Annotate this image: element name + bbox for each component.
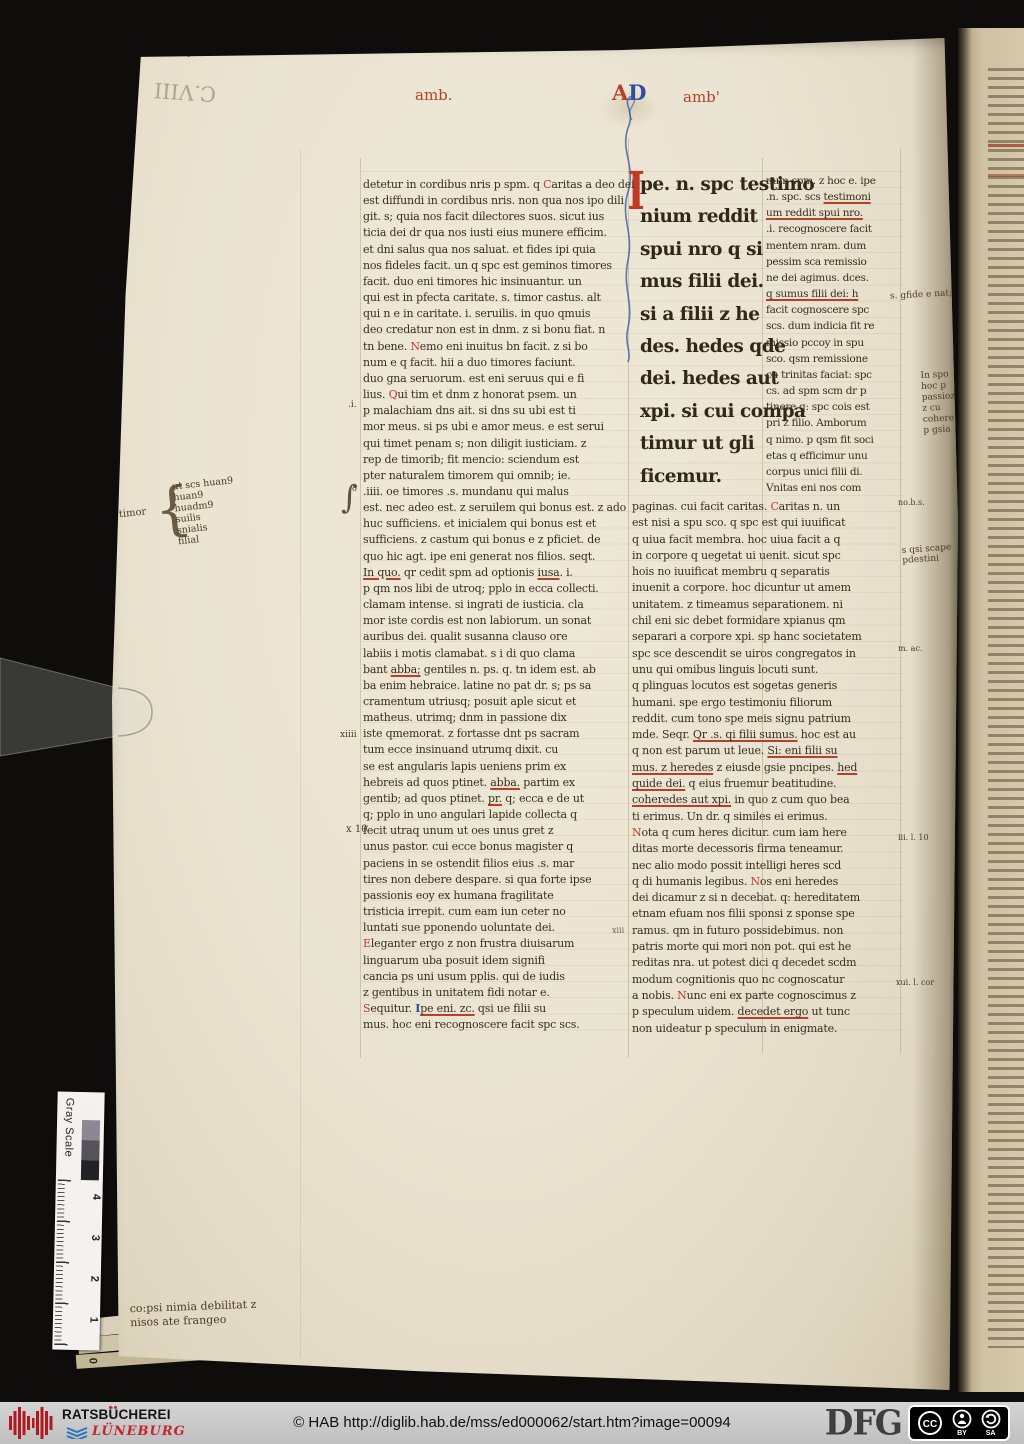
- ms-line: humani. spe ergo testimoniu filiorum: [632, 695, 902, 711]
- ms-line: modum cognitionis quo nc cognoscatur: [632, 972, 902, 988]
- ms-line: git. s; quia nos facit dilectores suos. …: [363, 209, 635, 225]
- timor-label: timor: [118, 506, 146, 520]
- ms-line: In quo. qr cedit spm ad optionis iusa. i…: [363, 565, 635, 581]
- cc-license-badge: CC BY SA: [908, 1405, 1010, 1441]
- ms-line: pri z filio. Amborum: [766, 415, 876, 431]
- ms-line: unu qui omibus linguis locuti sunt.: [632, 662, 902, 678]
- ms-line: inuenit a corpore. hoc dicuntur ut amem: [632, 580, 902, 596]
- ms-line: q plinguas locutos est sogetas generis: [632, 678, 902, 694]
- ms-line: Eleganter ergo z non frustra diuisarum: [363, 936, 635, 952]
- ms-line: ramus. qm in futuro possidebimus. non: [632, 923, 902, 939]
- ms-line: spc sce descendit se uiros congregatos i…: [632, 646, 902, 662]
- running-header-left: amb.: [415, 86, 453, 104]
- ms-line: z gentibus in unitatem fidi notar e.: [363, 985, 635, 1001]
- ms-line: est diffundi in cordibus nris. non qua n…: [363, 193, 635, 209]
- ms-line: ditas morte decessoris firma teneamur.: [632, 841, 902, 857]
- ms-line: patris morte qui mori non pot. qui est h…: [632, 939, 902, 955]
- cc-sa-icon: [981, 1409, 1001, 1429]
- ms-line: q sumus filii dei: h: [766, 286, 876, 302]
- ms-line: q nimo. p qsm fit soci: [766, 432, 876, 448]
- ms-line: unus pastor. cui ecce bonus magister q: [363, 839, 635, 855]
- ms-line: qui n e in caritate. i. seruilis. in quo…: [363, 306, 635, 322]
- ms-line: tinere q: spc cois est: [766, 399, 876, 415]
- ms-line: tires non debere despare. si qua forte i…: [363, 872, 635, 888]
- facing-page-rubric-line: [988, 144, 1024, 147]
- gc-num: 3: [60, 1231, 101, 1244]
- ms-line: chil eni sic debet formidare xpianus qm: [632, 613, 902, 629]
- ms-line: est nisi a spu sco. q spc est qui iuuifi…: [632, 515, 902, 531]
- ms-line: .n. spc. scs testimoni: [766, 189, 876, 205]
- ms-line: et dni salus qua nos saluat. et fides ip…: [363, 242, 635, 258]
- ms-line: tristicia irrepit. cum eam iun ceter no: [363, 904, 635, 920]
- ms-line: .iiii. oe timores .s. mundanu qui malus: [363, 484, 635, 500]
- ms-line: .i. recognoscere facit: [766, 221, 876, 237]
- ms-line: est. nec adeo est. z seruilem qui bonus …: [363, 500, 635, 516]
- gray-scale-patches: [81, 1100, 101, 1180]
- margin-note-nbs: no.b.s.: [898, 498, 925, 507]
- ms-line: etnam efuam nos filii sponsi z sponse sp…: [632, 906, 902, 922]
- timor-items: ut scs huan9huan9huadm9suilissnialisfili…: [172, 475, 240, 547]
- ms-line: lius. Qui tim et dnm z honorat psem. un: [363, 387, 635, 403]
- ms-line: hois no iuuificat membru q separatis: [632, 564, 902, 580]
- ms-line: reddit. cum tono spe meis signu patrium: [632, 711, 902, 727]
- gc-num: 1: [58, 1313, 99, 1326]
- ms-line: cramentum utriusq; posuit aple sicut et: [363, 694, 635, 710]
- manuscript-page: Scta psia car C.VIII amb. AD amb' I dete…: [112, 38, 958, 1390]
- ms-line: um reddit spui nro.: [766, 205, 876, 221]
- cc-sa-label: SA: [986, 1430, 996, 1437]
- ms-line: qui est in pfecta caritate. s. timor cas…: [363, 290, 635, 306]
- ms-line: qui timet penam s; non diligit iusticiam…: [363, 436, 635, 452]
- ms-line: corpus unici filii di.: [766, 464, 876, 480]
- ms-line: ba enim hebraice. latine no pat dr. s; p…: [363, 678, 635, 694]
- ms-line: mor meus. si ps ubi e amor meus. e est s…: [363, 419, 635, 435]
- ms-line: q; pplo in uno angulari lapide collecta …: [363, 807, 635, 823]
- ms-line: huc sufficiens. et inicialem qui bonus e…: [363, 516, 635, 532]
- ms-line: sco. qsm remissione: [766, 351, 876, 367]
- corner-inscription: Scta psia car: [164, 47, 224, 59]
- ms-line: a nobis. Nunc eni ex parte cognoscimus z: [632, 988, 902, 1004]
- ms-line: deo credatur non est in dnm. z si bonu f…: [363, 322, 635, 338]
- umlaut-red-dots: [109, 1406, 112, 1409]
- ms-line: cancia ps uni usum pplis. qui de iudis: [363, 969, 635, 985]
- ms-line: pter naturalem timorem qui omnib; ie.: [363, 468, 635, 484]
- ms-line: nos fideles facit. un q spc est geminos …: [363, 258, 635, 274]
- ms-line: hebreis ad quos ptinet. abba. partim ex: [363, 775, 635, 791]
- ms-line: labiis i motis clamabat. s i di quo clam…: [363, 646, 635, 662]
- ms-line: bant abba; gentiles n. ps. q. tn idem es…: [363, 662, 635, 678]
- margin-numeral-xiii: xiii: [612, 926, 624, 935]
- ms-line: reditas nra. ut potest dici q decedet sc…: [632, 955, 902, 971]
- ms-line: non uideatur p speculum in enigmate.: [632, 1021, 902, 1037]
- ms-line: scs. dum indicia fit re: [766, 318, 876, 334]
- dfg-logo: DFG: [825, 1402, 902, 1443]
- gc-patch: [81, 1140, 99, 1160]
- margin-note-passio-line2: z cu cohere p gsia: [922, 402, 960, 437]
- ms-line: Vnitas eni nos com: [766, 480, 876, 496]
- ms-line: separari a corpore xpi. sp hanc societat…: [632, 629, 902, 645]
- margin-note-passio-line1: In spo hoc p passioz: [920, 369, 958, 404]
- ms-line: passionis eoy ex humana fragilitate: [363, 888, 635, 904]
- ms-line: unitatem. z timeamus separationem. ni: [632, 597, 902, 613]
- ms-line: clamam intense. si ingrati de iusticia. …: [363, 597, 635, 613]
- margin-numeral-xiiii: xiiii: [340, 730, 357, 740]
- ms-line: cs. ad spm scm dr p: [766, 383, 876, 399]
- margin-note-passio: In spo hoc p passioz z cu cohere p gsia: [920, 369, 959, 437]
- ms-line: cu trinitas faciat: spc: [766, 367, 876, 383]
- gc-patch: [82, 1120, 100, 1140]
- bottom-margin-note-line2: nisos ate frangeo: [130, 1312, 257, 1330]
- ms-line: matheus. utrimq; dnm in passione dix: [363, 710, 635, 726]
- ms-line: p malachiam dns ait. si dns su ubi est t…: [363, 403, 635, 419]
- ms-line: mentem nram. dum: [766, 238, 876, 254]
- margin-note-xui: xui. l. cor: [896, 978, 934, 987]
- cc-by-label: BY: [957, 1430, 967, 1437]
- ms-line: sufficiens. z castum qui bonus e z pfici…: [363, 532, 635, 548]
- ms-line: num e q facit. hii a duo timores faciunt…: [363, 355, 635, 371]
- ms-line: tum ecce insinuand utrumq dixit. cu: [363, 742, 635, 758]
- cc-by-unit: BY: [952, 1409, 972, 1437]
- left-text-column: detetur in cordibus nris p spm. q Carita…: [363, 177, 635, 1033]
- ms-line: num spm. z hoc e. ipe: [766, 173, 876, 189]
- gc-num: 4: [61, 1190, 102, 1203]
- margin-note-iii-l-10: iii. l. 10: [898, 833, 929, 842]
- ms-line: mus. hoc eni recognoscere facit spc scs.: [363, 1017, 635, 1033]
- ms-line: mus. z heredes z eiusde gsie pncipes. he…: [632, 760, 902, 776]
- ms-line: p qm nos libi de utroq; pplo in ecca col…: [363, 581, 635, 597]
- ms-line: p speculum uidem. decedet ergo ut tunc: [632, 1004, 902, 1020]
- page-holder-clip: [0, 652, 158, 762]
- ms-line: missio pccoy in spu: [766, 335, 876, 351]
- ms-line: etas q efficimur unu: [766, 448, 876, 464]
- ms-line: luntati sue pponendo uoluntate dei.: [363, 920, 635, 936]
- ms-line: coheredes aut xpi. in quo z cum quo bea: [632, 792, 902, 808]
- ms-line: mde. Seqr. Qr .s. qi filii sumus. hoc es…: [632, 727, 902, 743]
- ms-line: q uiua facit membra. hoc uiua facit a q: [632, 532, 902, 548]
- ms-line: ticia dei dr qua nos iusti eius munere e…: [363, 225, 635, 241]
- right-text-column: paginas. cui facit caritas. Caritas n. u…: [632, 499, 902, 1037]
- facing-page-edge: [958, 28, 1024, 1392]
- ms-line: nec alio modo possit intelligi heres scd: [632, 858, 902, 874]
- gray-scale-label: Gray Scale: [62, 1098, 75, 1158]
- ms-line: paginas. cui facit caritas. Caritas n. u…: [632, 499, 902, 515]
- ms-line: linguarum uba posuit idem signifi: [363, 953, 635, 969]
- cc-sa-unit: SA: [981, 1409, 1001, 1437]
- gc-num: 0: [57, 1354, 98, 1367]
- ms-line: detetur in cordibus nris p spm. q Carita…: [363, 177, 635, 193]
- footer-bar: RATSBÜCHEREI LÜNEBURG © HAB http://digli…: [0, 1402, 1024, 1444]
- ruling-guide-line: [360, 158, 361, 1058]
- gray-scale-card: Gray Scale 43210: [52, 1092, 104, 1351]
- ms-line: quide dei. q eius fruemur beatitudine.: [632, 776, 902, 792]
- ms-line: Sequitur. Ipe eni. zc. qsi ue filii su: [363, 1001, 635, 1017]
- ms-line: se est angularis lapis ueniens prim ex: [363, 759, 635, 775]
- facing-page-text-bleed: [988, 68, 1024, 1348]
- ms-line: q non est parum ut leue. Si: eni filii s…: [632, 743, 902, 759]
- cc-icon: CC: [917, 1410, 943, 1436]
- ms-line: Nota q cum heres dicitur. cum iam here: [632, 825, 902, 841]
- ms-line: facit. duo eni timores hic insinuantur. …: [363, 274, 635, 290]
- ms-line: iste qmemorat. z fortasse dnt ps sacram: [363, 726, 635, 742]
- gutter-shadow: [912, 38, 958, 1390]
- cc-text: CC: [923, 1419, 937, 1430]
- facing-page-shadow: [958, 28, 972, 1392]
- ms-line: ne dei agimus. dces.: [766, 270, 876, 286]
- bottom-margin-note: co:psi nimia debilitat z nisos ate frang…: [130, 1298, 258, 1330]
- facing-page-rubric-line-2: [988, 174, 1024, 177]
- ms-line: ti erimus. Un dr. q similes ei erimus.: [632, 809, 902, 825]
- digitized-manuscript-photo: Scta psia car C.VIII amb. AD amb' I dete…: [0, 0, 1024, 1444]
- ms-line: rep de timorib; fit mencio: sciendum est: [363, 452, 635, 468]
- ms-line: mor iste cordis est non labiorum. un son…: [363, 613, 635, 629]
- margin-mark-i: .i.: [348, 400, 357, 410]
- ms-line: pessim sca remissio: [766, 254, 876, 270]
- gc-patch: [82, 1100, 100, 1120]
- ms-line: auribus dei. qualit susanna clauso ore: [363, 629, 635, 645]
- ms-line: tn bene. Nemo eni inuitus bn facit. z si…: [363, 339, 635, 355]
- running-header-right: amb': [683, 88, 720, 106]
- ms-line: duo gna seruorum. est eni seruus qui e f…: [363, 371, 635, 387]
- ruling-guide-line: [300, 148, 301, 1358]
- gloss-text-column: num spm. z hoc e. ipe.n. spc. scs testim…: [766, 173, 876, 496]
- ms-line: paciens in se ostendit filios eius .s. m…: [363, 856, 635, 872]
- ms-line: fecit utraq unum ut oes unus gret z: [363, 823, 635, 839]
- margin-note-mac: m. ac.: [898, 644, 922, 653]
- ms-line: quo hic agt. ipe eni generat nos filios.…: [363, 549, 635, 565]
- ms-line: q di humanis legibus. Nos eni heredes: [632, 874, 902, 890]
- ms-line: dei dicamur z si n decebat. q: hereditat…: [632, 890, 902, 906]
- margin-mark-o: o: [352, 484, 357, 493]
- ms-line: facit cognoscere spc: [766, 302, 876, 318]
- margin-note-predest: s qsi scape pdestini: [901, 542, 958, 566]
- ms-line: gentib; ad quos ptinet. pr. q; ecca e de…: [363, 791, 635, 807]
- faint-shelfmark: C.VIII: [153, 78, 217, 106]
- cc-by-icon: [952, 1409, 972, 1429]
- gc-num: 2: [59, 1272, 100, 1285]
- ms-line: in corpore q uegetat ui uenit. sicut spc: [632, 548, 902, 564]
- margin-numeral-x10: x 10: [346, 824, 368, 835]
